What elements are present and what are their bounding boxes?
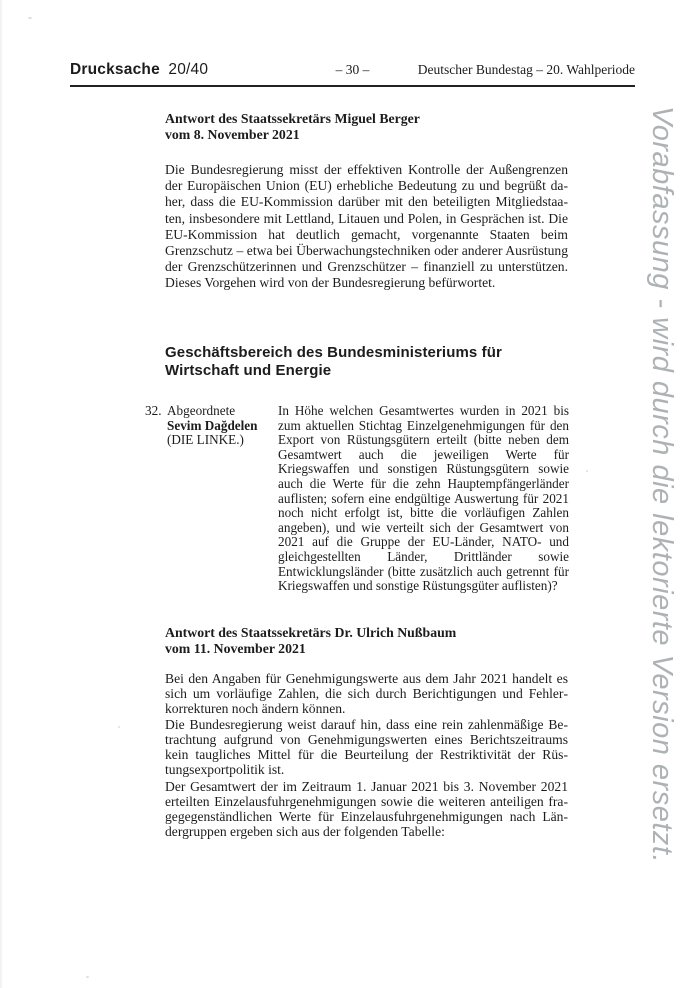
answer2-paragraph3: Der Gesamtwert der im Zeitraum 1. Januar…	[165, 779, 568, 839]
answer2-paragraph1: Bei den Angaben für Genehmigungswerte au…	[165, 671, 568, 716]
answer2-heading: Antwort des Staatssekretärs Dr. Ulrich N…	[165, 625, 456, 657]
section-heading-line2: Wirtschaft und Energie	[165, 362, 502, 380]
question-text: In Höhe welchen Gesamtwertes wurden in 2…	[278, 404, 569, 594]
question-number: 32.	[145, 404, 167, 594]
answer1-heading-line1: Antwort des Staatssekretärs Miguel Berge…	[165, 111, 420, 127]
answer1-heading-line2: vom 8. November 2021	[165, 127, 420, 143]
answer2-paragraph2: Die Bundesregierung weist darauf hin, da…	[165, 717, 568, 777]
answer1-paragraph: Die Bundesregierung misst der effektiven…	[165, 162, 568, 292]
section-heading: Geschäftsbereich des Bundesministeriums …	[165, 344, 502, 380]
document-page: Drucksache 20/40 – 30 – Deutscher Bundes…	[0, 0, 700, 988]
question-author: Abgeordnete Sevim Dağdelen (DIE LINKE.)	[167, 404, 278, 594]
question-block: 32. Abgeordnete Sevim Dağdelen (DIE LINK…	[145, 404, 569, 594]
scan-artifact	[86, 976, 89, 978]
scan-artifact	[586, 470, 588, 472]
header-right-text: Deutscher Bundestag – 20. Wahlperiode	[418, 62, 635, 78]
question-author-name: Sevim Dağdelen	[167, 419, 278, 434]
answer2-heading-line1: Antwort des Staatssekretärs Dr. Ulrich N…	[165, 625, 456, 641]
draft-watermark: Vorabfassung - wird durch die lektoriert…	[645, 106, 678, 863]
scan-artifact	[118, 726, 120, 728]
question-author-role: Abgeordnete	[167, 404, 278, 419]
question-author-party: (DIE LINKE.)	[167, 433, 278, 448]
answer2-heading-line2: vom 11. November 2021	[165, 641, 456, 657]
answer1-heading: Antwort des Staatssekretärs Miguel Berge…	[165, 111, 420, 143]
section-heading-line1: Geschäftsbereich des Bundesministeriums …	[165, 344, 502, 362]
scan-artifact	[28, 17, 32, 19]
page-header: Drucksache 20/40 – 30 – Deutscher Bundes…	[70, 60, 635, 87]
